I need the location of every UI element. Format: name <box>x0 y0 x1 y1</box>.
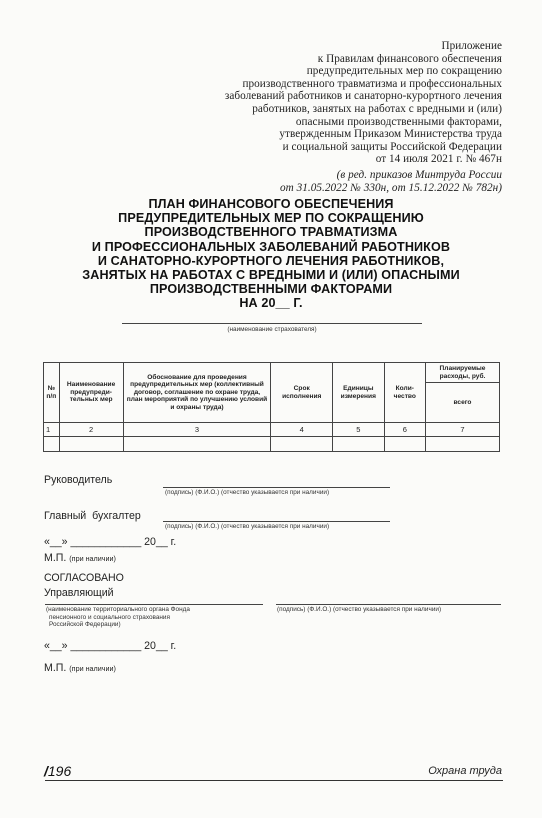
appendix-line: опасными производственными факторами, <box>182 116 502 129</box>
director-signature-line[interactable] <box>163 487 390 488</box>
table-row[interactable] <box>44 437 500 452</box>
column-number: 1 <box>44 423 60 437</box>
signature-caption: (подпись) (Ф.И.О.) (отчество указывается… <box>165 489 329 497</box>
header-name: Наименование предупреди-тельных мер <box>59 363 123 423</box>
date-field[interactable]: «__» ____________ 20__ г. <box>44 640 176 652</box>
header-basis: Обоснование для проведения предупредител… <box>123 363 271 423</box>
appendix-line: производственного травматизма и професси… <box>182 78 502 91</box>
stamp-area: М.П. (при наличии) <box>44 552 116 564</box>
amendment-line: (в ред. приказов Минтруда России <box>182 169 502 182</box>
fund-caption-line: (наименование территориального органа Фо… <box>46 606 190 614</box>
manager-signature-line[interactable] <box>276 604 501 605</box>
page-number: /196 <box>44 763 71 779</box>
appendix-line: и социальной защиты Российской Федерации <box>182 141 502 154</box>
approved-label: СОГЛАСОВАНО <box>44 572 124 584</box>
column-number: 4 <box>271 423 333 437</box>
appendix-header: Приложение к Правилам финансового обеспе… <box>182 40 502 194</box>
table-cell[interactable] <box>426 437 500 452</box>
title-line: ПЛАН ФИНАНСОВОГО ОБЕСПЕЧЕНИЯ <box>20 197 522 211</box>
column-number: 2 <box>59 423 123 437</box>
stamp-note: (при наличии) <box>69 554 116 563</box>
signature-caption: (подпись) (Ф.И.О.) (отчество указывается… <box>165 523 329 531</box>
table-cell[interactable] <box>59 437 123 452</box>
date-field[interactable]: «__» ____________ 20__ г. <box>44 536 176 548</box>
plan-table: № п/п Наименование предупреди-тельных ме… <box>43 362 500 452</box>
page-number-text: 196 <box>48 763 71 779</box>
table-cell[interactable] <box>123 437 271 452</box>
appendix-line: к Правилам финансового обеспечения <box>182 53 502 66</box>
table-cell[interactable] <box>271 437 333 452</box>
column-number: 7 <box>426 423 500 437</box>
manager-label: Управляющий <box>44 587 114 599</box>
table-cell[interactable] <box>384 437 425 452</box>
header-expenses: Планируемые расходы, руб. <box>426 363 500 383</box>
director-label: Руководитель <box>44 474 112 486</box>
title-line: ПРОИЗВОДСТВЕННЫМИ ФАКТОРАМИ <box>20 282 522 296</box>
insurer-caption: (наименование страхователя) <box>122 326 422 333</box>
title-line: И САНАТОРНО-КУРОРТНОГО ЛЕЧЕНИЯ РАБОТНИКО… <box>20 254 522 268</box>
fund-caption-line: Российской Федерации) <box>46 621 190 629</box>
header-total: всего <box>426 383 500 423</box>
stamp-label: М.П. <box>44 552 66 564</box>
appendix-line: Приложение <box>182 40 502 53</box>
column-number: 3 <box>123 423 271 437</box>
insurer-name-line[interactable] <box>122 323 422 324</box>
title-line: И ПРОФЕССИОНАЛЬНЫХ ЗАБОЛЕВАНИЙ РАБОТНИКО… <box>20 240 522 254</box>
accountant-label: Главный бухгалтер <box>44 510 141 522</box>
footer-rule <box>45 780 503 781</box>
table-cell[interactable] <box>44 437 60 452</box>
title-line: ПРОИЗВОДСТВЕННОГО ТРАВМАТИЗМА <box>20 225 522 239</box>
journal-name: Охрана труда <box>428 765 502 777</box>
amendment-line: от 31.05.2022 № 330н, от 15.12.2022 № 78… <box>182 182 502 195</box>
table-cell[interactable] <box>333 437 385 452</box>
appendix-line: утвержденным Приказом Министерства труда <box>182 128 502 141</box>
fund-name-line[interactable] <box>45 604 263 605</box>
header-units: Единицы измерения <box>333 363 385 423</box>
signature-caption: (подпись) (Ф.И.О.) (отчество указывается… <box>277 606 441 614</box>
appendix-line: работников, занятых на работах с вредным… <box>182 103 502 116</box>
title-line: НА 20__ Г. <box>20 296 522 310</box>
accountant-signature-line[interactable] <box>163 521 390 522</box>
appendix-line: заболеваний работников и санаторно-курор… <box>182 90 502 103</box>
appendix-line: от 14 июля 2021 г. № 467н <box>182 153 502 166</box>
column-number: 6 <box>384 423 425 437</box>
stamp-area: М.П. (при наличии) <box>44 662 116 674</box>
title-line: ЗАНЯТЫХ НА РАБОТАХ С ВРЕДНЫМИ И (ИЛИ) ОП… <box>20 268 522 282</box>
document-title: ПЛАН ФИНАНСОВОГО ОБЕСПЕЧЕНИЯ ПРЕДУПРЕДИТ… <box>20 197 522 311</box>
header-term: Срок исполнения <box>271 363 333 423</box>
header-num: № п/п <box>44 363 60 423</box>
title-line: ПРЕДУПРЕДИТЕЛЬНЫХ МЕР ПО СОКРАЩЕНИЮ <box>20 211 522 225</box>
stamp-note: (при наличии) <box>69 664 116 673</box>
stamp-label: М.П. <box>44 662 66 674</box>
header-qty: Коли-чество <box>384 363 425 423</box>
fund-caption: (наименование территориального органа Фо… <box>46 606 190 629</box>
appendix-line: предупредительных мер по сокращению <box>182 65 502 78</box>
column-number: 5 <box>333 423 385 437</box>
